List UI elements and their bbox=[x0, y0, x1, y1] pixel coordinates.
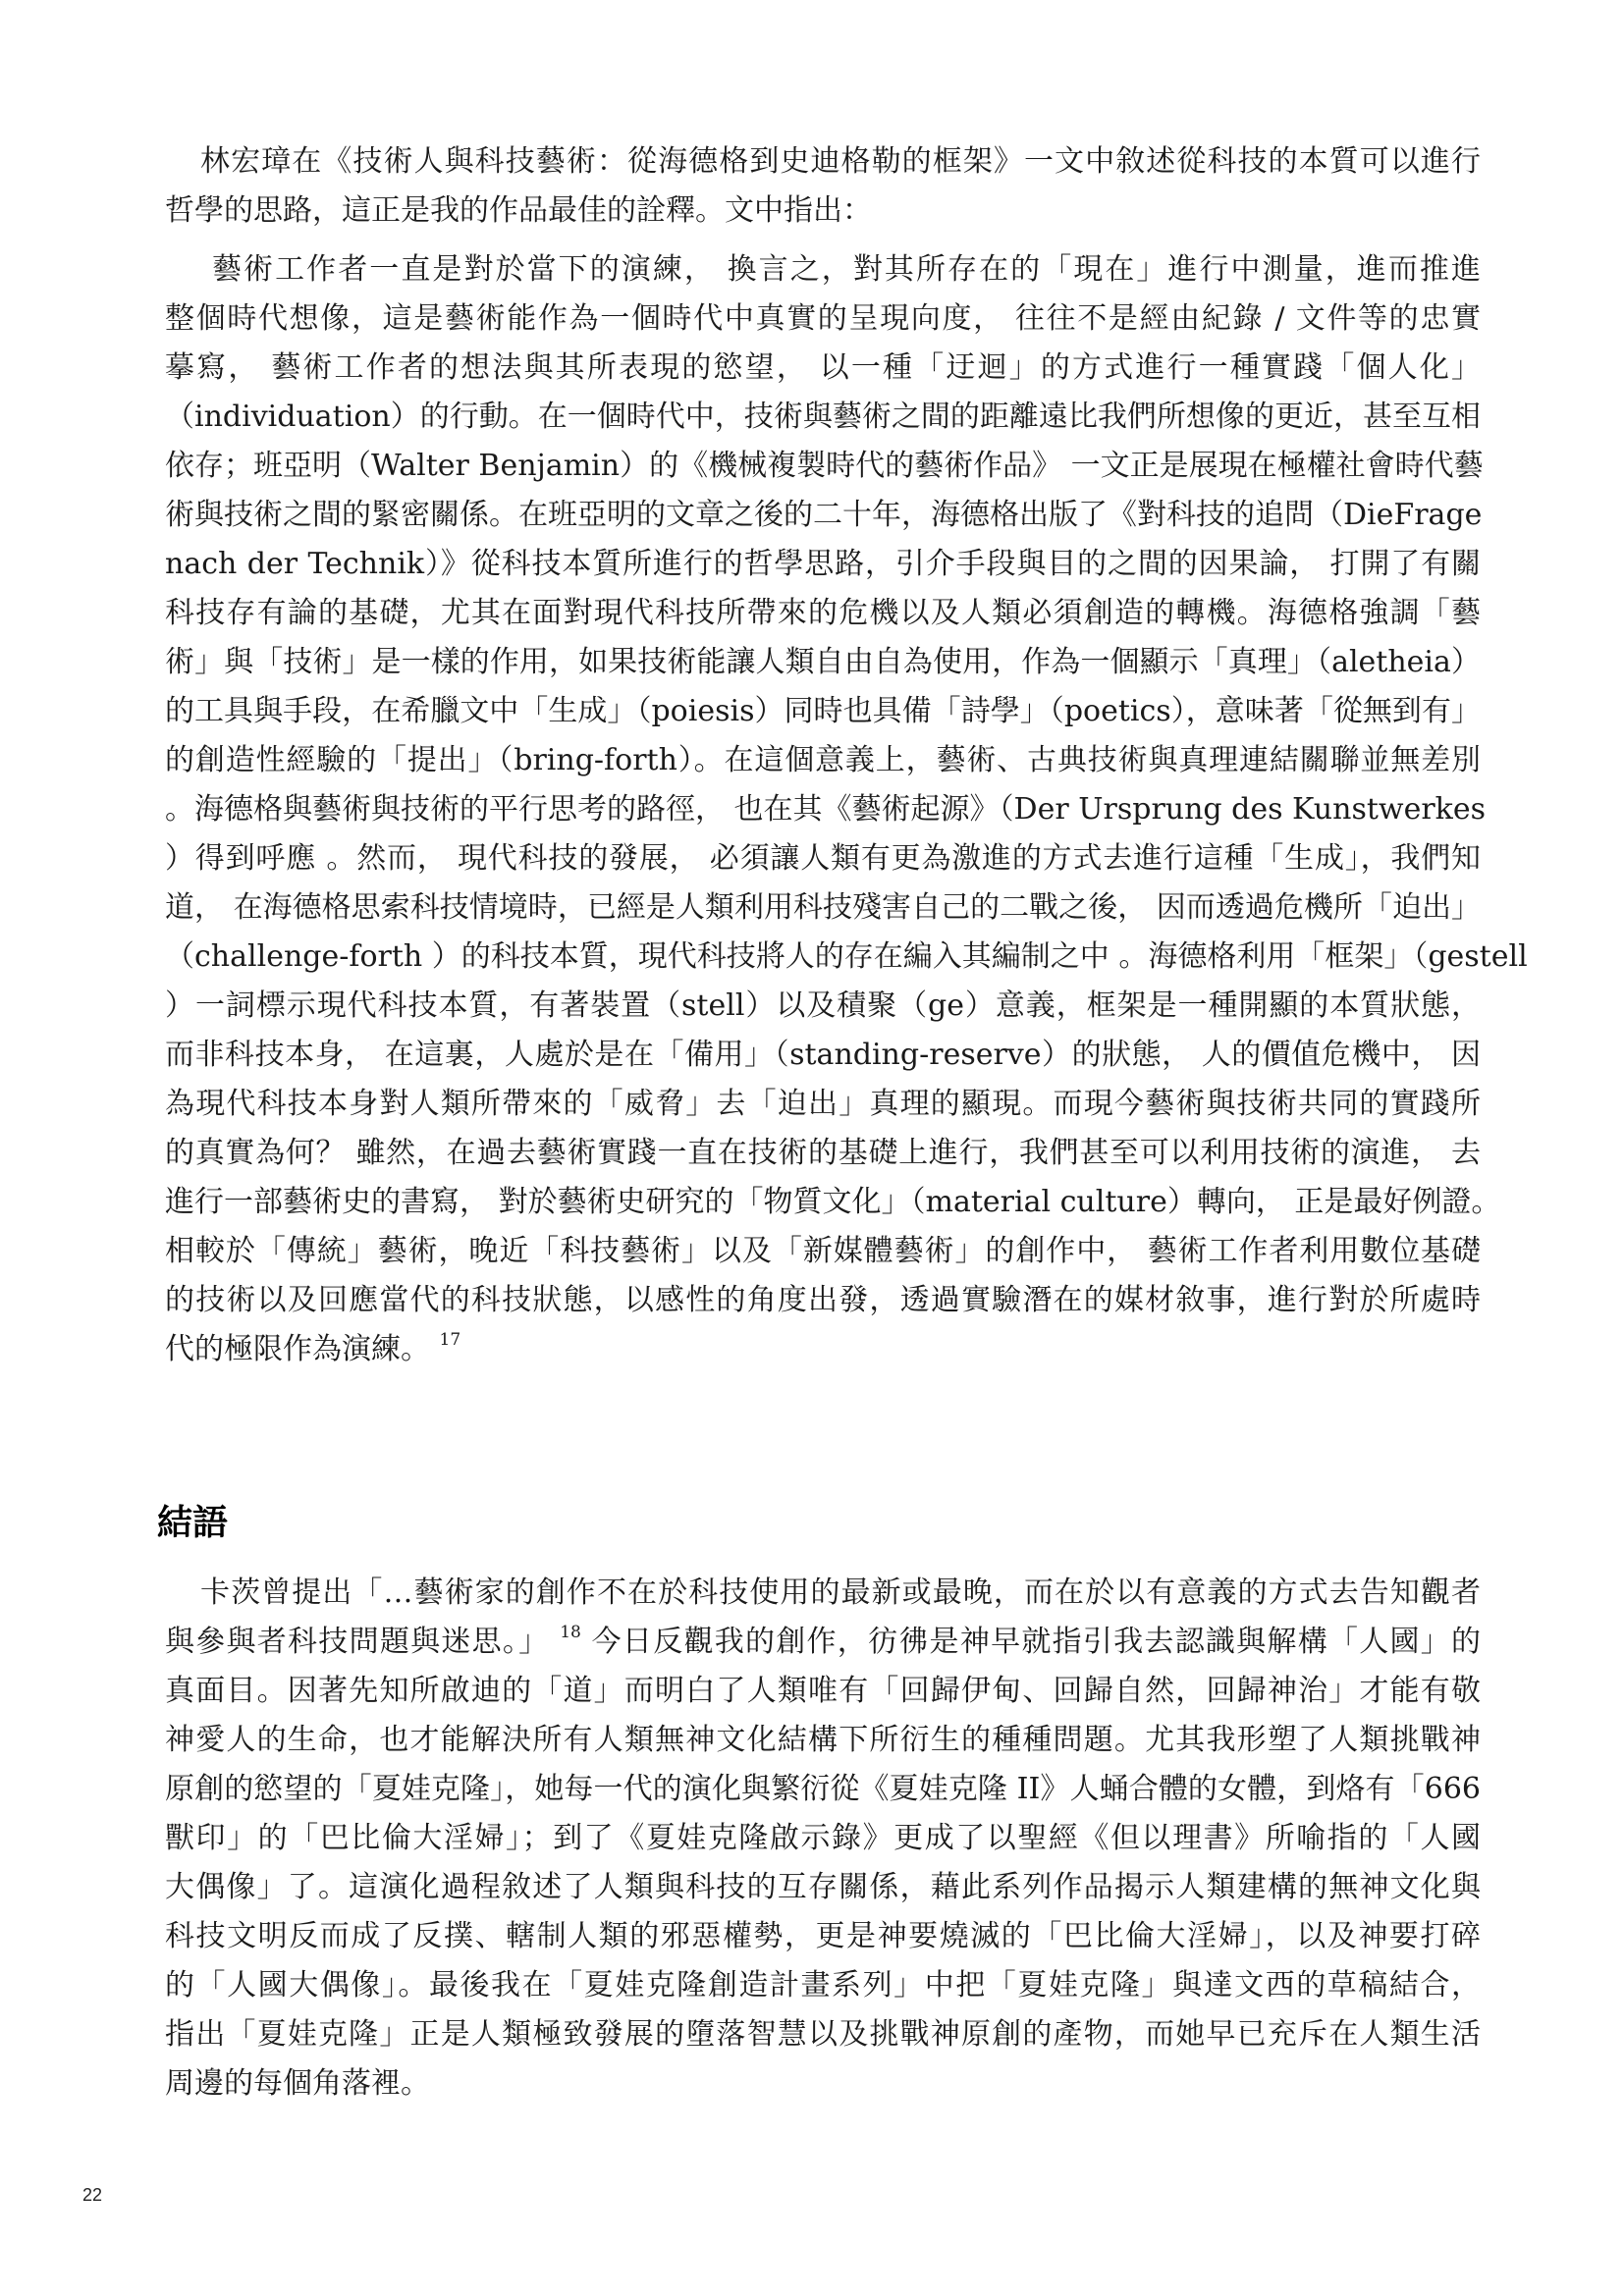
text-line: 的工具與手段，在希臘文中「生成」（poiesis）同時也具備「詩學」（poeti… bbox=[165, 687, 1481, 736]
text-line: 。海德格與藝術與技術的平行思考的路徑， 也在其《藝術起源》（Der Urspru… bbox=[165, 785, 1481, 834]
text-line: 與參與者科技問題與迷思。」 bbox=[165, 1625, 549, 1659]
text-line: 的技術以及回應當代的科技狀態，以感性的角度出發，透過實驗潛在的媒材敘事，進行對於… bbox=[165, 1276, 1481, 1325]
text-line: 的創造性經驗的「提出」（bring-forth）。在這個意義上，藝術、古典技術與… bbox=[165, 736, 1481, 785]
intro-paragraph: 林宏璋在《技術人與科技藝術：從海德格到史迪格勒的框架》一文中敘述從科技的本質可以… bbox=[165, 137, 1481, 236]
text-line: 的「人國大偶像」。最後我在「夏娃克隆創造計畫系列」中把「夏娃克隆」與達文西的草稿… bbox=[165, 1961, 1481, 2010]
text-line: 摹寫， 藝術工作者的想法與其所表現的慾望， 以一種「迂迴」的方式進行一種實踐「個… bbox=[165, 344, 1481, 393]
conclusion-paragraph: 卡茨曾提出「…藝術家的創作不在於科技使用的最新或最晚，而在於以有意義的方式去告知… bbox=[165, 1569, 1481, 2109]
section-heading-conclusion: 結語 bbox=[157, 1502, 228, 1545]
text-line: 林宏璋在《技術人與科技藝術：從海德格到史迪格勒的框架》一文中敘述從科技的本質可以… bbox=[165, 137, 1481, 187]
text-line: 獸印」的「巴比倫大淫婦」；到了《夏娃克隆啟示錄》更成了以聖經《但以理書》所喻指的… bbox=[165, 1814, 1481, 1863]
text-line: 依存；班亞明（Walter Benjamin）的《機械複製時代的藝術作品》 一文… bbox=[165, 442, 1481, 491]
text-line-with-footnote: 代的極限作為演練。 17 bbox=[165, 1325, 1481, 1374]
text-line: 為現代科技本身對人類所帶來的「威脅」去「迫出」真理的顯現。而現今藝術與技術共同的… bbox=[165, 1080, 1481, 1129]
text-line: 神愛人的生命，也才能解決所有人類無神文化結構下所衍生的種種問題。尤其我形塑了人類… bbox=[165, 1716, 1481, 1765]
text-line: 藝術工作者一直是對於當下的演練， 換言之，對其所存在的「現在」進行中測量，進而推… bbox=[165, 245, 1481, 294]
text-line: 指出「夏娃克隆」正是人類極致發展的墮落智慧以及挑戰神原創的產物，而她早已充斥在人… bbox=[165, 2010, 1481, 2059]
text-line: 的真實為何？ 雖然，在過去藝術實踐一直在技術的基礎上進行，我們甚至可以利用技術的… bbox=[165, 1129, 1481, 1178]
text-line: 代的極限作為演練。 bbox=[165, 1332, 430, 1366]
text-line: nach der Technik）》從科技本質所進行的哲學思路，引介手段與目的之… bbox=[165, 540, 1481, 589]
page-number: 22 bbox=[82, 2185, 102, 2206]
text-line: 真面目。因著先知所啟迪的「道」而明白了人類唯有「回歸伊甸、回歸自然，回歸神治」才… bbox=[165, 1667, 1481, 1716]
document-page: 林宏璋在《技術人與科技藝術：從海德格到史迪格勒的框架》一文中敘述從科技的本質可以… bbox=[0, 0, 1624, 2296]
text-line: 道， 在海德格思索科技情境時，已經是人類利用科技殘害自己的二戰之後， 因而透過危… bbox=[165, 883, 1481, 933]
text-line: 進行一部藝術史的書寫， 對於藝術史研究的「物質文化」（material cult… bbox=[165, 1178, 1481, 1227]
text-line: （individuation）的行動。在一個時代中，技術與藝術之間的距離遠比我們… bbox=[165, 393, 1481, 442]
text-line: ）得到呼應 。然而， 現代科技的發展， 必須讓人類有更為激進的方式去進行這種「生… bbox=[165, 834, 1481, 883]
text-line: 哲學的思路，這正是我的作品最佳的詮釋。文中指出： bbox=[165, 187, 1481, 236]
text-line: 周邊的每個角落裡。 bbox=[165, 2059, 1481, 2109]
text-line: 而非科技本身， 在這裏，人處於是在「備用」（standing-reserve）的… bbox=[165, 1031, 1481, 1080]
block-quote: 藝術工作者一直是對於當下的演練， 換言之，對其所存在的「現在」進行中測量，進而推… bbox=[165, 245, 1481, 1374]
text-line: 原創的慾望的「夏娃克隆」，她每一代的演化與繁衍從《夏娃克隆 II》人蛹合體的女體… bbox=[165, 1765, 1481, 1814]
text-line: 整個時代想像，這是藝術能作為一個時代中真實的呈現向度， 往往不是經由紀錄 / 文… bbox=[165, 294, 1481, 344]
text-line: 術」與「技術」是一樣的作用，如果技術能讓人類自由自為使用，作為一個顯示「真理」（… bbox=[165, 638, 1481, 687]
text-line-with-footnote: 與參與者科技問題與迷思。」 18 今日反觀我的創作，彷彿是神早就指引我去認識與解… bbox=[165, 1618, 1481, 1667]
footnote-reference[interactable]: 18 bbox=[560, 1623, 581, 1642]
text-line: 科技文明反而成了反撲、轄制人類的邪惡權勢，更是神要燒滅的「巴比倫大淫婦」，以及神… bbox=[165, 1912, 1481, 1961]
text-line: 科技存有論的基礎，尤其在面對現代科技所帶來的危機以及人類必須創造的轉機。海德格強… bbox=[165, 589, 1481, 638]
text-line: 今日反觀我的創作，彷彿是神早就指引我去認識與解構「人國」的 bbox=[592, 1625, 1481, 1659]
text-line: 相較於「傳統」藝術，晚近「科技藝術」以及「新媒體藝術」的創作中， 藝術工作者利用… bbox=[165, 1227, 1481, 1276]
text-line: （challenge-forth ）的科技本質，現代科技將人的存在編入其編制之中… bbox=[165, 933, 1481, 982]
footnote-reference[interactable]: 17 bbox=[440, 1330, 461, 1350]
text-line: 卡茨曾提出「…藝術家的創作不在於科技使用的最新或最晚，而在於以有意義的方式去告知… bbox=[165, 1569, 1481, 1618]
text-line: 術與技術之間的緊密關係。在班亞明的文章之後的二十年，海德格出版了《對科技的追問（… bbox=[165, 491, 1481, 540]
text-line: ）一詞標示現代科技本質，有著裝置（stell）以及積聚（ge）意義，框架是一種開… bbox=[165, 982, 1481, 1031]
text-line: 大偶像」了。這演化過程敘述了人類與科技的互存關係，藉此系列作品揭示人類建構的無神… bbox=[165, 1863, 1481, 1912]
